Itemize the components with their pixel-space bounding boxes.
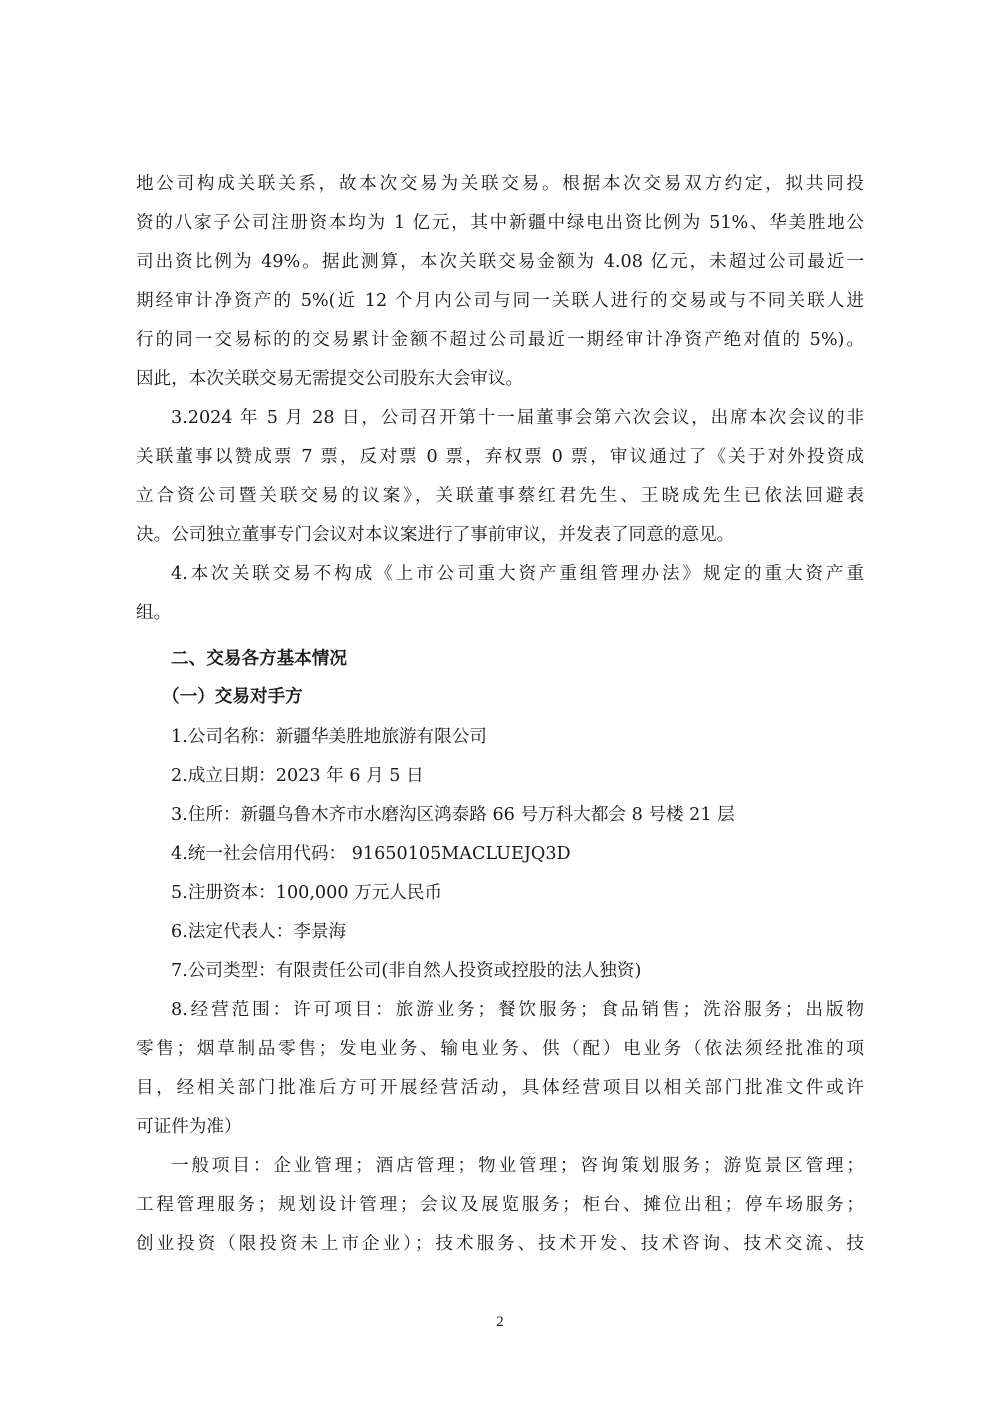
item-3-line: 决。公司独立董事专门会议对本议案进行了事前审议，并发表了同意的意见。 (136, 520, 864, 550)
paragraph-line: 期经审计净资产的 5%(近 12 个月内公司与同一关联人进行的交易或与不同关联人… (136, 286, 864, 316)
subsection-heading: （一）交易对手方 (162, 682, 890, 712)
page-number: 2 (480, 1309, 520, 1335)
document-page: 地公司构成关联关系，故本次交易为关联交易。根据本次交易双方约定，拟共同投 资的八… (0, 0, 1000, 1414)
general-items-line: 工程管理服务；规划设计管理；会议及展览服务；柜台、摊位出租；停车场服务； (136, 1190, 864, 1220)
registered-capital: 5.注册资本：100,000 万元人民币 (171, 878, 864, 908)
paragraph-line: 地公司构成关联关系，故本次交易为关联交易。根据本次交易双方约定，拟共同投 (136, 169, 864, 199)
paragraph-line: 资的八家子公司注册资本均为 1 亿元，其中新疆中绿电出资比例为 51%、华美胜地… (136, 208, 864, 238)
item-3-line: 立合资公司暨关联交易的议案》，关联董事蔡红君先生、王晓成先生已依法回避表 (136, 481, 864, 511)
item-4-line: 组。 (136, 598, 864, 628)
general-items-line: 创业投资（限投资未上市企业）；技术服务、技术开发、技术咨询、技术交流、技 (136, 1229, 864, 1259)
item-3-line: 3.2024 年 5 月 28 日，公司召开第十一届董事会第六次会议，出席本次会… (171, 403, 864, 433)
business-scope-line: 零售；烟草制品零售；发电业务、输电业务、供（配）电业务（依法须经批准的项 (136, 1034, 864, 1064)
general-items-line: 一般项目：企业管理；酒店管理；物业管理；咨询策划服务；游览景区管理； (171, 1151, 864, 1181)
section-heading: 二、交易各方基本情况 (171, 644, 864, 674)
item-3-line: 关联董事以赞成票 7 票，反对票 0 票，弃权票 0 票，审议通过了《关于对外投… (136, 442, 864, 472)
company-type: 7.公司类型：有限责任公司(非自然人投资或控股的法人独资) (171, 956, 864, 986)
paragraph-line: 因此，本次关联交易无需提交公司股东大会审议。 (136, 364, 864, 394)
item-4-line: 4.本次关联交易不构成《上市公司重大资产重组管理办法》规定的重大资产重 (171, 559, 864, 589)
business-scope-line: 可证件为准） (136, 1112, 864, 1142)
legal-representative: 6.法定代表人：李景海 (171, 917, 864, 947)
paragraph-line: 司出资比例为 49%。据此测算，本次关联交易金额为 4.08 亿元，未超过公司最… (136, 247, 864, 277)
established-date: 2.成立日期：2023 年 6 月 5 日 (171, 761, 864, 791)
business-scope-line: 8.经营范围：许可项目：旅游业务；餐饮服务；食品销售；洗浴服务；出版物 (171, 995, 864, 1025)
address: 3.住所：新疆乌鲁木齐市水磨沟区鸿泰路 66 号万科大都会 8 号楼 21 层 (171, 800, 864, 830)
paragraph-line: 行的同一交易标的的交易累计金额不超过公司最近一期经审计净资产绝对值的 5%)。 (136, 325, 864, 355)
business-scope-line: 目，经相关部门批准后方可开展经营活动，具体经营项目以相关部门批准文件或许 (136, 1073, 864, 1103)
credit-code: 4.统一社会信用代码： 91650105MACLUEJQ3D (171, 839, 864, 869)
company-name: 1.公司名称：新疆华美胜地旅游有限公司 (171, 722, 864, 752)
